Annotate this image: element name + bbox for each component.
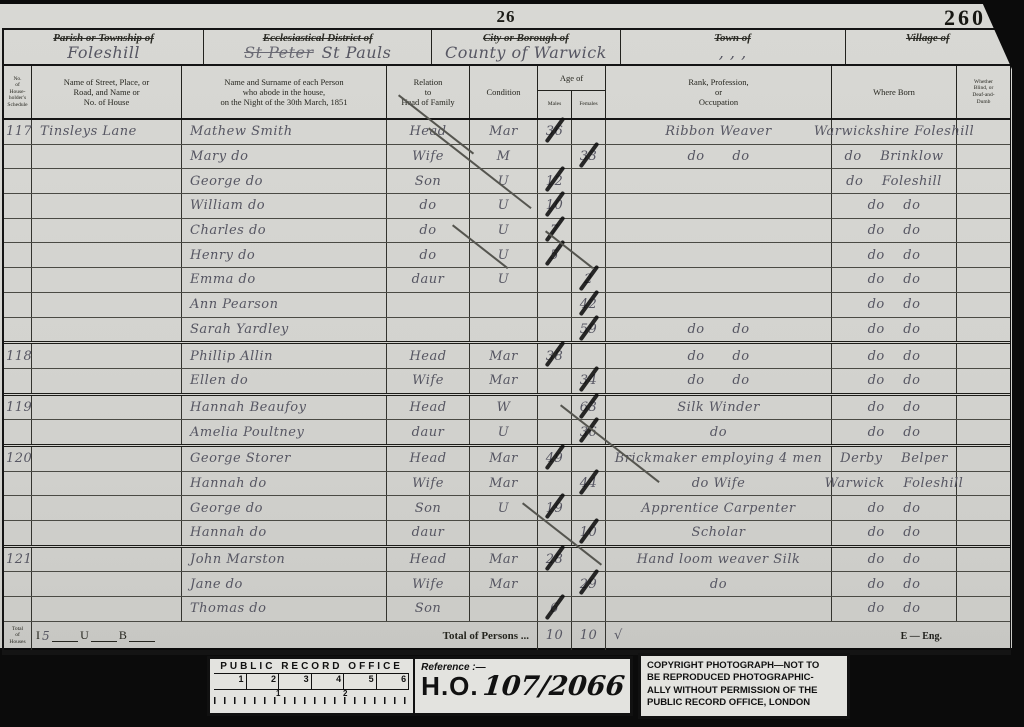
age-females-cell: 34 [572, 369, 606, 393]
age-males-cell [538, 420, 572, 444]
place-field: Ecclesiastical District ofSt PeterSt Pau… [204, 30, 432, 64]
where-born-cell: do do [832, 194, 957, 218]
age-males-cell: 19 [538, 496, 572, 520]
where-born-cell: do do [832, 219, 957, 243]
inch-mark: 2 [247, 674, 280, 689]
ink-tally-stroke [578, 265, 599, 292]
relation-cell [387, 293, 470, 317]
infirmity-cell [957, 268, 1010, 292]
age-females-cell [572, 194, 606, 218]
age-females-cell: 29 [572, 572, 606, 596]
totals-row: TotalofHouses I 5 U B Total of Persons .… [4, 622, 1010, 653]
header-line: Dumb [977, 99, 991, 106]
age-females-cell: 36 [572, 420, 606, 444]
condition-cell: W [470, 396, 538, 420]
census-row: Thomas do Son 6 do do [4, 597, 1010, 622]
name-cell: Thomas do [182, 597, 387, 621]
blank-line [91, 629, 117, 642]
header-line: Deaf-and- [972, 92, 994, 99]
schedule-number-cell [4, 521, 32, 545]
total-males: 10 [538, 622, 572, 650]
age-males-cell: 10 [538, 194, 572, 218]
ink-tally-stroke [578, 468, 599, 495]
where-born-cell: do do [832, 521, 957, 545]
condition-cell: Mar [470, 369, 538, 393]
column-header-age-females: Females [572, 91, 605, 118]
age-females-cell: 63 [572, 396, 606, 420]
age-males-cell [538, 318, 572, 342]
inch-mark: 5 [344, 674, 377, 689]
header-line: Occupation [699, 97, 738, 107]
name-cell: William do [182, 194, 387, 218]
infirmity-cell [957, 243, 1010, 267]
age-females-cell: 2 [572, 268, 606, 292]
street-cell [32, 344, 182, 368]
total-of-persons-label: Total of Persons ... [182, 622, 538, 650]
inhabited-count: 5 [42, 629, 50, 643]
age-females-cell [572, 597, 606, 621]
place-header-band: Parish or Township ofFoleshillEcclesiast… [4, 30, 1010, 66]
condition-cell: U [470, 219, 538, 243]
street-cell [32, 420, 182, 444]
header-line: Schedule [7, 102, 27, 109]
office-name: PUBLIC RECORD OFFICE [214, 661, 409, 672]
handwritten-value: Foleshill [67, 43, 140, 62]
building-letter: B [119, 628, 127, 643]
cm-ruler: 12 [214, 692, 409, 704]
ink-tally-stroke [544, 493, 565, 520]
where-born-cell: do do [832, 344, 957, 368]
name-cell: Hannah do [182, 472, 387, 496]
header-line: Whether [974, 79, 993, 86]
occupation-cell: Scholar [606, 521, 832, 545]
column-header-condition: Condition [470, 66, 538, 118]
ink-tally-stroke [578, 518, 599, 545]
name-cell: Phillip Allin [182, 344, 387, 368]
age-males-cell: 36 [538, 120, 572, 144]
column-header-where-born: Where Born [832, 66, 957, 118]
condition-cell: M [470, 145, 538, 169]
schedule-number-cell: 120 [4, 447, 32, 471]
schedule-number-cell: 119 [4, 396, 32, 420]
street-cell: Tinsleys Lane [32, 120, 182, 144]
relation-cell: Head [387, 447, 470, 471]
age-males-cell: 12 [538, 169, 572, 193]
street-cell [32, 396, 182, 420]
where-born-cell: do do [832, 243, 957, 267]
occupation-cell: do [606, 572, 832, 596]
header-line: Relation [414, 77, 443, 87]
copyright-line: BE REPRODUCED PHOTOGRAPHIC- [647, 672, 841, 684]
age-males-cell: 38 [538, 344, 572, 368]
relation-cell: Wife [387, 145, 470, 169]
infirmity-cell [957, 344, 1010, 368]
occupation-cell: do [606, 420, 832, 444]
street-cell [32, 243, 182, 267]
copyright-line: PUBLIC RECORD OFFICE, LONDON [647, 697, 841, 709]
inch-mark: 1 [214, 674, 247, 689]
street-cell [32, 219, 182, 243]
place-field-value: ‚ ‚ ‚ [621, 43, 845, 63]
where-born-cell: do Foleshill [832, 169, 957, 193]
inch-mark: 6 [377, 674, 410, 689]
column-header-age: Age of Males Females [538, 66, 606, 118]
street-cell [32, 447, 182, 471]
condition-cell [470, 318, 538, 342]
header-line: Rank, Profession, [688, 77, 748, 87]
relation-cell: Head [387, 344, 470, 368]
where-born-cell: do do [832, 293, 957, 317]
header-line: who abode in the house, [243, 87, 325, 97]
ink-tally-stroke [544, 444, 565, 471]
census-row: Sarah Yardley 59 do do do do [4, 318, 1010, 345]
where-born-cell: Derby Belper [832, 447, 957, 471]
schedule-number-cell: 117 [4, 120, 32, 144]
relation-cell: do [387, 194, 470, 218]
page-number-top: 26 [0, 7, 1012, 27]
header-line: No. of House [84, 97, 130, 107]
infirmity-cell [957, 293, 1010, 317]
street-cell [32, 521, 182, 545]
age-females-cell [572, 120, 606, 144]
age-males-cell: 6 [538, 597, 572, 621]
condition-cell: Mar [470, 120, 538, 144]
place-field: Village of [846, 30, 1010, 64]
street-cell [32, 293, 182, 317]
census-row: Hannah do Wife Mar 44 do Wife Warwick Fo… [4, 472, 1010, 497]
handwritten-value: St Pauls [322, 43, 392, 62]
schedule-number-cell [4, 219, 32, 243]
infirmity-cell [957, 597, 1010, 621]
condition-cell: Mar [470, 344, 538, 368]
column-header-occupation: Rank, Profession,orOccupation [606, 66, 832, 118]
age-males-cell [538, 396, 572, 420]
occupation-cell [606, 293, 832, 317]
street-cell [32, 548, 182, 572]
street-cell [32, 194, 182, 218]
occupation-cell [606, 597, 832, 621]
infirmity-cell [957, 318, 1010, 342]
age-males-cell [538, 293, 572, 317]
census-row: Hannah do daur 10 Scholar do do [4, 521, 1010, 548]
infirmity-cell [957, 472, 1010, 496]
schedule-number-cell [4, 496, 32, 520]
schedule-number-cell [4, 194, 32, 218]
age-males-cell [538, 268, 572, 292]
occupation-cell: Hand loom weaver Silk [606, 548, 832, 572]
column-header-schedule: No.ofHouse-holder'sSchedule [4, 66, 32, 118]
inch-mark: 4 [312, 674, 345, 689]
inch-mark: 3 [279, 674, 312, 689]
check-mark: √ [606, 622, 832, 650]
handwritten-value: County of Warwick [445, 43, 607, 62]
where-born-cell: do do [832, 496, 957, 520]
ink-tally-stroke [544, 117, 565, 144]
relation-cell: daur [387, 268, 470, 292]
occupation-cell: Silk Winder [606, 396, 832, 420]
relation-cell: Wife [387, 369, 470, 393]
census-row: Henry do do U 5 do do [4, 243, 1010, 268]
street-cell [32, 572, 182, 596]
census-row: Amelia Poultney daur U 36 do do do [4, 420, 1010, 447]
age-females-cell: 10 [572, 521, 606, 545]
struck-handwriting: St Peter [244, 43, 314, 62]
occupation-cell: do do [606, 318, 832, 342]
relation-cell: Wife [387, 572, 470, 596]
schedule-number-cell [4, 145, 32, 169]
street-cell [32, 268, 182, 292]
ink-tally-stroke [578, 141, 599, 168]
ruler-section: PUBLIC RECORD OFFICE 123456 12 [210, 659, 415, 713]
eng-footnote: E — Eng. [901, 631, 942, 642]
relation-cell: daur [387, 521, 470, 545]
header-line: of [15, 82, 20, 89]
page-number-corner: 260 [944, 5, 986, 31]
condition-cell [470, 521, 538, 545]
infirmity-cell [957, 120, 1010, 144]
condition-cell: Mar [470, 447, 538, 471]
photo-black-edge [1013, 92, 1024, 452]
census-row: Charles do do U 7 do do [4, 219, 1010, 244]
copyright-line: COPYRIGHT PHOTOGRAPH—NOT TO [647, 660, 841, 672]
age-males-cell: 28 [538, 548, 572, 572]
where-born-cell: do do [832, 420, 957, 444]
cm-mark: 1 [276, 689, 280, 698]
ink-tally-stroke [544, 594, 565, 621]
age-males-cell [538, 521, 572, 545]
where-born-cell: Warwick Foleshill [832, 472, 957, 496]
infirmity-cell [957, 369, 1010, 393]
reference-stamp-box: PUBLIC RECORD OFFICE 123456 12 Reference… [207, 656, 633, 716]
where-born-cell: do do [832, 572, 957, 596]
ink-tally-stroke [578, 392, 599, 419]
header-line: Name and Surname of each Person [224, 77, 343, 87]
inch-ruler: 123456 [214, 673, 409, 690]
age-females-cell [572, 344, 606, 368]
relation-cell: do [387, 243, 470, 267]
name-cell: John Marston [182, 548, 387, 572]
age-females-cell [572, 496, 606, 520]
relation-cell: daur [387, 420, 470, 444]
census-row: Ann Pearson 42 do do [4, 293, 1010, 318]
age-females-cell: 33 [572, 145, 606, 169]
condition-cell: Mar [470, 472, 538, 496]
name-cell: George do [182, 496, 387, 520]
column-header-street: Name of Street, Place, orRoad, and Name … [32, 66, 182, 118]
handwritten-value: ‚ ‚ ‚ [719, 43, 747, 62]
name-cell: Hannah Beaufoy [182, 396, 387, 420]
column-header-relation: RelationtoHead of Family [387, 66, 470, 118]
name-cell: George do [182, 169, 387, 193]
infirmity-cell [957, 194, 1010, 218]
ink-tally-stroke [544, 191, 565, 218]
occupation-cell [606, 268, 832, 292]
relation-cell: Son [387, 169, 470, 193]
where-born-cell: Warwickshire Foleshill [832, 120, 957, 144]
occupation-cell: Apprentice Carpenter [606, 496, 832, 520]
occupation-cell [606, 243, 832, 267]
age-males-cell [538, 572, 572, 596]
name-cell: George Storer [182, 447, 387, 471]
age-females-cell [572, 548, 606, 572]
where-born-cell: do do [832, 268, 957, 292]
name-cell: Hannah do [182, 521, 387, 545]
name-cell: Mathew Smith [182, 120, 387, 144]
place-field-value: County of Warwick [432, 43, 619, 63]
place-field: Town of‚ ‚ ‚ [621, 30, 846, 64]
street-cell [32, 169, 182, 193]
where-born-cell: do do [832, 597, 957, 621]
name-cell: Emma do [182, 268, 387, 292]
age-females-cell [572, 169, 606, 193]
relation-cell: Head [387, 396, 470, 420]
relation-cell: Wife [387, 472, 470, 496]
occupation-cell: do do [606, 369, 832, 393]
header-line: Name of Street, Place, or [64, 77, 149, 87]
where-born-cell: do do [832, 548, 957, 572]
total-of-houses-values: I 5 U B [32, 622, 182, 650]
condition-cell [470, 293, 538, 317]
name-cell: Ann Pearson [182, 293, 387, 317]
age-females-cell: 42 [572, 293, 606, 317]
scanned-census-page: 26 260 Parish or Township ofFoleshillEcc… [0, 4, 1012, 648]
census-row: 118 Phillip Allin Head Mar 38 do do do d… [4, 344, 1010, 369]
column-header-row: No.ofHouse-holder'sSchedule Name of Stre… [4, 66, 1010, 120]
place-field: Parish or Township ofFoleshill [4, 30, 204, 64]
infirmity-cell [957, 420, 1010, 444]
census-row: Ellen do Wife Mar 34 do do do do [4, 369, 1010, 396]
relation-cell [387, 318, 470, 342]
census-row: Jane do Wife Mar 29 do do do [4, 572, 1010, 597]
inhabited-letter: I [36, 628, 40, 643]
occupation-cell: do do [606, 145, 832, 169]
occupation-cell [606, 194, 832, 218]
schedule-number-cell: 118 [4, 344, 32, 368]
copyright-stamp-box: COPYRIGHT PHOTOGRAPH—NOT TOBE REPRODUCED… [638, 653, 850, 719]
age-females-cell [572, 447, 606, 471]
header-line: Road, and Name or [73, 87, 139, 97]
uninhabited-letter: U [80, 628, 89, 643]
schedule-number-cell [4, 597, 32, 621]
age-males-cell [538, 145, 572, 169]
infirmity-cell [957, 447, 1010, 471]
relation-cell: Son [387, 496, 470, 520]
occupation-cell: Ribbon Weaver [606, 120, 832, 144]
name-cell: Amelia Poultney [182, 420, 387, 444]
column-header-age-males: Males [538, 91, 572, 118]
copyright-line: ALLY WITHOUT PERMISSION OF THE [647, 685, 841, 697]
header-line: House-holder's [4, 89, 31, 102]
condition-cell: Mar [470, 548, 538, 572]
name-cell: Henry do [182, 243, 387, 267]
schedule-number-cell [4, 268, 32, 292]
infirmity-cell [957, 219, 1010, 243]
infirmity-cell [957, 496, 1010, 520]
header-line: to [425, 87, 432, 97]
public-record-office-stamp: PUBLIC RECORD OFFICE 123456 12 Reference… [207, 656, 850, 719]
census-row: 120 George Storer Head Mar 49 Brickmaker… [4, 447, 1010, 472]
schedule-number-cell [4, 293, 32, 317]
occupation-cell: do do [606, 344, 832, 368]
name-cell: Jane do [182, 572, 387, 596]
totals-label-line: of [15, 632, 20, 639]
schedule-number-cell [4, 169, 32, 193]
schedule-number-cell [4, 472, 32, 496]
schedule-number-cell [4, 243, 32, 267]
condition-cell: U [470, 420, 538, 444]
ink-tally-stroke [544, 341, 565, 368]
schedule-number-cell: 121 [4, 548, 32, 572]
header-line: or [715, 87, 722, 97]
street-cell [32, 496, 182, 520]
street-cell [32, 145, 182, 169]
condition-cell: U [470, 169, 538, 193]
name-cell: Sarah Yardley [182, 318, 387, 342]
place-field-value: St PeterSt Pauls [204, 43, 431, 63]
age-females-cell: 44 [572, 472, 606, 496]
condition-cell [470, 597, 538, 621]
ink-tally-stroke [544, 166, 565, 193]
street-cell [32, 472, 182, 496]
total-of-houses-label: TotalofHouses [4, 622, 32, 650]
relation-cell: Son [387, 597, 470, 621]
condition-cell: U [470, 268, 538, 292]
cm-mark: 2 [343, 689, 347, 698]
ink-tally-stroke [544, 544, 565, 571]
where-born-cell: do do [832, 369, 957, 393]
ink-tally-stroke [578, 366, 599, 393]
census-row: William do do U 10 do do [4, 194, 1010, 219]
relation-cell: Head [387, 548, 470, 572]
reference-number: 107/2066 [481, 671, 626, 702]
where-born-cell: do do [832, 318, 957, 342]
age-males-cell: 49 [538, 447, 572, 471]
age-males-cell [538, 472, 572, 496]
street-cell [32, 318, 182, 342]
place-field: City or Borough ofCounty of Warwick [432, 30, 620, 64]
place-field-label: Village of [846, 32, 1010, 44]
header-line: Blind, or [974, 85, 994, 92]
age-females-cell [572, 219, 606, 243]
census-scan-photograph: { "page": { "top_page_number": "26", "co… [0, 0, 1024, 727]
name-cell: Ellen do [182, 369, 387, 393]
schedule-number-cell [4, 572, 32, 596]
schedule-number-cell [4, 318, 32, 342]
blank-line [129, 629, 155, 642]
blank-line [52, 629, 78, 642]
infirmity-cell [957, 169, 1010, 193]
header-line: on the Night of the 30th March, 1851 [220, 97, 347, 107]
census-row: George do Son U 19 Apprentice Carpenter … [4, 496, 1010, 521]
column-header-name: Name and Surname of each Personwho abode… [182, 66, 387, 118]
infirmity-cell [957, 548, 1010, 572]
occupation-cell [606, 219, 832, 243]
census-row: 121 John Marston Head Mar 28 Hand loom w… [4, 548, 1010, 573]
street-cell [32, 597, 182, 621]
census-form: Parish or Township ofFoleshillEcclesiast… [2, 28, 1011, 655]
census-rows: 117 Tinsleys Lane Mathew Smith Head Mar … [4, 120, 1010, 622]
where-born-cell: do do [832, 396, 957, 420]
ink-tally-stroke [578, 314, 599, 341]
ink-tally-stroke [578, 290, 599, 317]
census-row: Mary do Wife M 33 do do do Brinklow [4, 145, 1010, 170]
schedule-number-cell [4, 369, 32, 393]
total-females: 10 [572, 622, 606, 650]
occupation-cell [606, 169, 832, 193]
infirmity-cell [957, 396, 1010, 420]
census-row: Emma do daur U 2 do do [4, 268, 1010, 293]
census-row: 119 Hannah Beaufoy Head W 63 Silk Winder… [4, 396, 1010, 421]
